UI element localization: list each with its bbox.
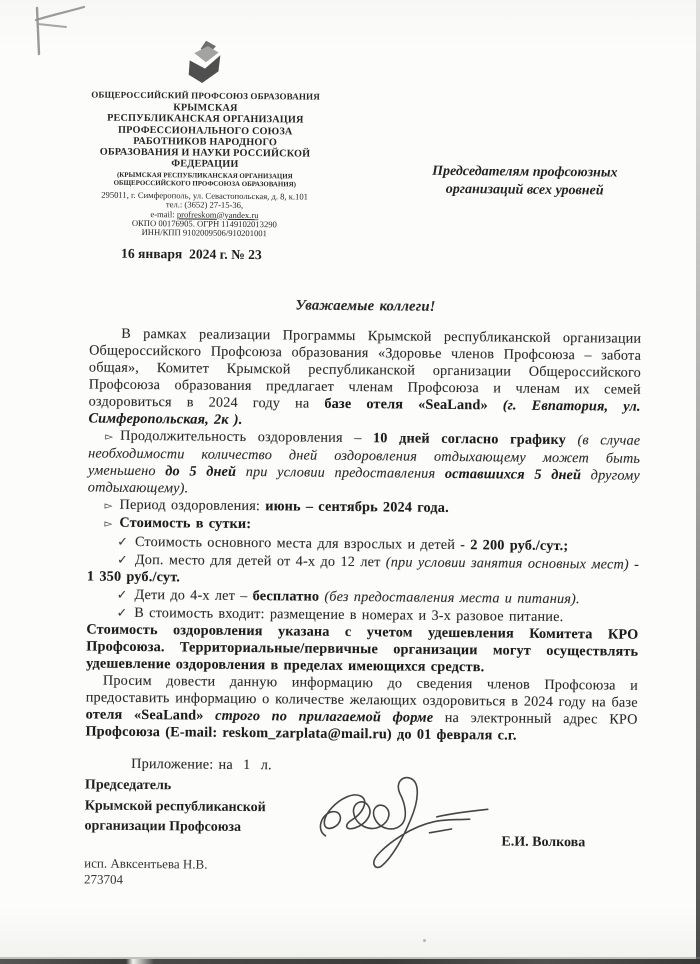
text-run: при условии предоставления xyxy=(246,464,445,482)
salutation: Уважаемые коллеги! xyxy=(89,295,641,317)
paragraph-discount: Стоимость оздоровления указана с учетом … xyxy=(86,621,638,677)
price-bold: 2 200 руб./сут.; xyxy=(470,537,568,554)
org-alt-line: ОБЩЕРОССИЙСКОГО ПРОФСОЮЗА ОБРАЗОВАНИЯ) xyxy=(81,179,329,189)
paragraph-request: Просим довести данную информацию до свед… xyxy=(85,672,638,745)
check-bullet-icon: ✓ xyxy=(117,552,128,567)
hotel-name-bold: базе отеля «SeaLand» xyxy=(324,396,503,414)
contact-block: 295011, г. Симферополь, ул. Севастопольс… xyxy=(80,190,328,239)
reply-email-bold: Профсоюза (E-mail: reskom_zarplata@mail.… xyxy=(85,723,397,742)
text-run: - xyxy=(629,557,639,573)
org-name-line: ФЕДЕРАЦИИ xyxy=(81,158,329,172)
signer-position: Председатель Крымской республиканской ор… xyxy=(84,775,266,838)
paragraph-intro: В рамках реализации Программы Крымской р… xyxy=(88,325,641,432)
text-run: Стоимость основного места для взрослых и… xyxy=(135,534,470,553)
scan-edge-right xyxy=(696,0,700,964)
duration-bold: 10 дней согласно графику xyxy=(373,430,578,448)
addressee-block: Председателям профсоюзных организаций вс… xyxy=(387,162,663,200)
union-name: ОБЩЕРОССИЙСКИЙ ПРОФСОЮЗ ОБРАЗОВАНИЯ xyxy=(82,89,330,101)
text-run: Просим довести данную информацию до свед… xyxy=(86,673,638,711)
executor-phone: 273704 xyxy=(84,871,207,888)
addressee-line: организаций всех уровней xyxy=(387,180,663,200)
signer-name: Е.И. Волкова xyxy=(501,834,585,851)
text-run: на электронный адрес КРО xyxy=(445,710,638,728)
arrow-bullet-icon: ▻ xyxy=(105,432,113,443)
executor-name: исп. Авксентьева Н.В. xyxy=(84,855,207,872)
text-run: Продолжительность оздоровления – xyxy=(120,428,373,446)
text-run: Доп. место для детей от 4-х до 12 лет xyxy=(135,552,386,570)
check-bullet-icon: ✓ xyxy=(117,605,128,620)
letter-body: Уважаемые коллеги! В рамках реализации П… xyxy=(85,295,642,777)
signer-position-line: Крымской республиканской xyxy=(85,796,266,818)
bullet-duration: ▻Продолжительность оздоровления – 10 дне… xyxy=(88,427,641,501)
arrow-bullet-icon: ▻ xyxy=(104,519,112,530)
text-run: (при условии занятия основных мест) xyxy=(386,554,629,572)
check-bullet-icon: ✓ xyxy=(117,534,128,549)
letter-content: ОБЩЕРОССИЙСКИЙ ПРОФСОЮЗ ОБРАЗОВАНИЯ КРЫМ… xyxy=(0,0,700,964)
date-number-line: 16 января 2024 г. № 23 xyxy=(121,246,262,263)
arrow-bullet-icon: ▻ xyxy=(105,501,113,512)
text-run: (без предоставления места и питания). xyxy=(324,589,580,607)
price-bold: 1 350 руб./сут. xyxy=(87,568,180,585)
union-logo-icon xyxy=(179,40,233,88)
letterhead: ОБЩЕРОССИЙСКИЙ ПРОФСОЮЗ ОБРАЗОВАНИЯ КРЫМ… xyxy=(80,39,330,239)
executor-block: исп. Авксентьева Н.В. 273704 xyxy=(84,855,208,888)
scanned-letter-page: ОБЩЕРОССИЙСКИЙ ПРОФСОЮЗ ОБРАЗОВАНИЯ КРЫМ… xyxy=(0,0,700,964)
free-bold: бесплатно xyxy=(253,588,325,605)
inn-kpp-line: ИНН/КПП 9102009506/910201001 xyxy=(80,228,328,240)
price-header-bold: Стоимость в сутки: xyxy=(119,515,251,532)
scan-speck xyxy=(423,939,426,942)
scan-edge-bottom xyxy=(0,959,700,964)
text-run: Период оздоровления: xyxy=(119,497,265,514)
signer-position-line: Председатель xyxy=(85,775,266,797)
text-run: оставшихся 5 дней xyxy=(445,466,591,483)
text-run: Дети до 4-х лет – xyxy=(134,587,252,604)
check-bullet-icon: ✓ xyxy=(117,587,128,602)
check-extra-place: ✓Доп. место для детей от 4-х до 12 лет (… xyxy=(87,550,639,590)
organization-alt-name: (КРЫМСКАЯ РЕСПУБЛИКАНСКАЯ ОРГАНИЗАЦИЯ ОБ… xyxy=(81,171,329,189)
handwritten-signature xyxy=(311,766,497,876)
text-run: до 5 дней xyxy=(165,463,246,480)
signer-position-line: организации Профсоюза xyxy=(84,816,265,838)
organization-name: КРЫМСКАЯ РЕСПУБЛИКАНСКАЯ ОРГАНИЗАЦИЯ ПРО… xyxy=(81,101,330,171)
period-bold: июнь – сентябрь 2024 года. xyxy=(265,498,449,516)
strict-form-bold: строго по прилагаемой форме xyxy=(215,708,445,726)
deadline-bold: до 01 февраля с.г. xyxy=(397,726,517,743)
hotel-name-bold: отеля «SeaLand» xyxy=(86,706,216,723)
